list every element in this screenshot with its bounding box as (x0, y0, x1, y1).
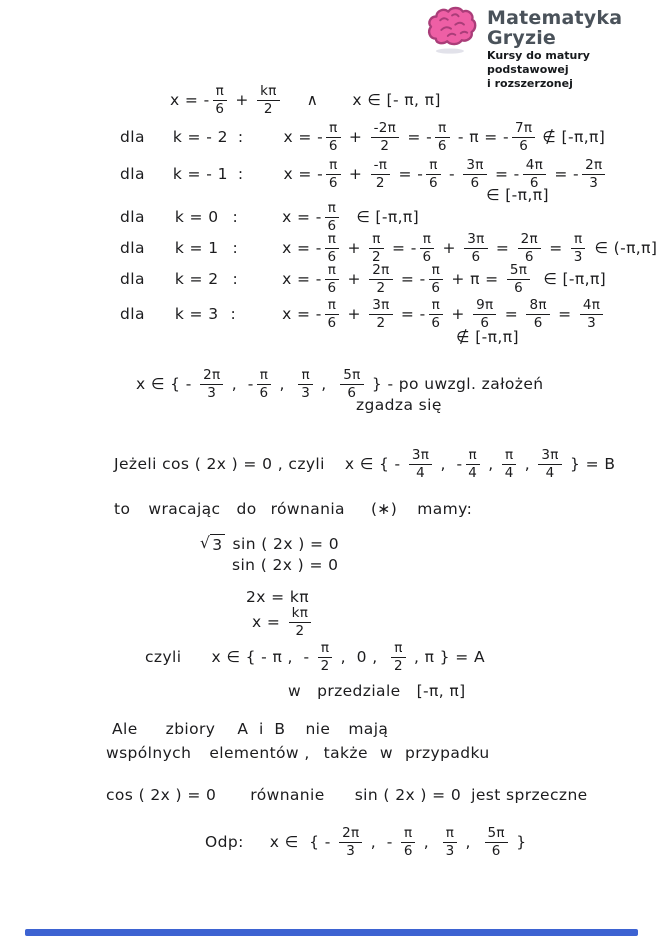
case-k-minus-2: dlak = - 2:x = -π6 + -2π2 = -π6 - π = -7… (120, 121, 605, 154)
math-text: = (544, 239, 568, 257)
fraction: 3π4 (538, 448, 561, 481)
fraction: π6 (257, 368, 271, 401)
math-text: x = - (170, 91, 210, 109)
math-text: + (344, 128, 368, 146)
footer-accent-bar (25, 929, 638, 936)
math-text: k = - 2 (173, 128, 228, 146)
fraction: -π2 (371, 158, 391, 191)
math-text: ∈ [-π,π] (543, 270, 606, 288)
math-text: k = 2 (175, 270, 219, 288)
math-text: , π } = A (409, 648, 485, 666)
worksheet-page: Matematyka Gryzie Kursy do matury podsta… (0, 0, 664, 938)
spacer (191, 753, 209, 754)
fraction: 8π6 (526, 298, 549, 331)
math-text: = - (387, 239, 417, 257)
fraction: 5π6 (485, 826, 508, 859)
math-text: ∉ [-π,π] (456, 328, 519, 346)
fraction: π6 (429, 263, 443, 296)
math-text: x = - (283, 165, 323, 183)
math-text: x ∈ (136, 375, 170, 393)
math-text: wspólnych (106, 744, 191, 762)
case-k-minus-1-note: ∈ [-π,π] (486, 186, 549, 204)
math-text: w (380, 744, 393, 762)
case-k-0: dlak = 0:x = -π6∈ [-π,π] (120, 201, 419, 234)
conclusion-line-2: wspólnychelementów ,takżewprzypadku (106, 744, 490, 762)
fraction: 7π6 (512, 121, 535, 154)
spacer (215, 729, 237, 730)
fraction: kπ2 (257, 84, 280, 117)
math-text: x ∈ { - π , - (211, 648, 314, 666)
spacer (145, 174, 173, 175)
math-text: x = - (282, 270, 322, 288)
cos-case-intro: Jeżeli cos ( 2x ) = 0 , czylix ∈ { - 3π4… (114, 448, 615, 481)
math-text: , (316, 375, 337, 393)
given-equation: x = -π6 + kπ2∧x ∈ [- π, π] (170, 84, 441, 117)
fraction: π6 (426, 158, 440, 191)
math-text: = (491, 239, 515, 257)
fraction: π3 (443, 826, 457, 859)
spacer (325, 795, 355, 796)
spacer (401, 691, 417, 692)
fraction: π6 (213, 84, 227, 117)
spacer (342, 217, 356, 218)
math-text: , - (226, 375, 253, 393)
spacer (238, 279, 282, 280)
spacer (145, 217, 175, 218)
spacer (257, 509, 271, 510)
fraction: π2 (318, 641, 332, 674)
math-text: + (446, 305, 470, 323)
math-text: = (499, 305, 523, 323)
math-text: x ∈ { - (270, 833, 336, 851)
math-text: nie (305, 720, 330, 738)
conclusion-line-1: AlezbioryA i Bniemają (112, 720, 388, 738)
spacer (368, 753, 380, 754)
math-text: dla (120, 305, 145, 323)
fraction: π6 (420, 232, 434, 265)
case-k-3-note: ∉ [-π,π] (456, 328, 519, 346)
math-text: - (444, 165, 461, 183)
spacer (243, 137, 283, 138)
fraction: kπ2 (289, 606, 312, 639)
math-text: + π = (446, 270, 504, 288)
math-text: k = - 1 (173, 165, 228, 183)
math-text: } (367, 375, 383, 393)
math-text: = - (402, 128, 432, 146)
math-text: , 0 , (335, 648, 388, 666)
math-text: dla (120, 239, 145, 257)
math-text: x = - (282, 305, 322, 323)
math-text: ∧ (307, 91, 319, 109)
math-text: - π = - (453, 128, 509, 146)
math-text: = - (549, 165, 579, 183)
math-text: , (519, 455, 535, 473)
math-text: = - (396, 270, 426, 288)
math-text: + (230, 91, 254, 109)
math-text: równania (271, 500, 345, 518)
fraction: π6 (326, 121, 340, 154)
spacer (285, 729, 305, 730)
math-text: k = 0 (175, 208, 219, 226)
spacer (325, 464, 345, 465)
spacer (236, 314, 282, 315)
fraction: π6 (325, 263, 339, 296)
fraction: π2 (369, 232, 383, 265)
math-text: } = B (565, 455, 616, 473)
spacer (219, 217, 233, 218)
solution-set-note: zgadza się (356, 396, 442, 414)
math-text: + (342, 305, 366, 323)
math-text: x = - (283, 128, 323, 146)
math-text: sin ( 2x ) = 0 (355, 786, 461, 804)
math-text: , - (365, 833, 398, 851)
case-k-3: dlak = 3:x = -π6 + 3π2 = -π6 + 9π6 = 8π6… (120, 298, 606, 331)
fraction: 2π3 (339, 826, 362, 859)
math-text: , (274, 375, 295, 393)
fraction: 3π6 (464, 232, 487, 265)
interval-note: wprzedziale[-π, π] (288, 682, 466, 700)
square-root: √3 (200, 534, 225, 554)
math-text: (∗) (371, 500, 397, 518)
fraction: π6 (429, 298, 443, 331)
spacer (330, 729, 348, 730)
math-text: zgadza się (356, 396, 442, 414)
fraction: 9π6 (473, 298, 496, 331)
x-solution: x = kπ2 (252, 606, 314, 639)
spacer (225, 544, 233, 545)
spacer (397, 509, 417, 510)
math-text: x = - (282, 239, 322, 257)
math-text: [-π, π] (417, 682, 466, 700)
math-text: przedziale (317, 682, 401, 700)
set-A: czylix ∈ { - π , - π2 , 0 , π2 , π } = A (145, 641, 485, 674)
math-text: to (114, 500, 130, 518)
math-text: elementów , (209, 744, 309, 762)
solution-set: x ∈ { - 2π3 , -π6 , π3 , 5π6 } - po uwzg… (136, 368, 543, 401)
spacer (533, 279, 543, 280)
spacer (345, 509, 371, 510)
math-text: przypadku (405, 744, 490, 762)
answer: Odp:x ∈ { - 2π3 , - π6 , π3 , 5π6 } (205, 826, 526, 859)
math-text: wracając (148, 500, 220, 518)
case-k-2: dlak = 2:x = -π6 + 2π2 = -π6 + π = 5π6∈ … (120, 263, 606, 296)
math-text: , (418, 833, 439, 851)
math-text: } (511, 833, 527, 851)
math-text: zbiory (166, 720, 216, 738)
two-x-solution: 2x = kπ (246, 588, 309, 606)
math-text: czyli (145, 648, 181, 666)
math-text: + (342, 239, 366, 257)
fraction: 3π4 (409, 448, 432, 481)
math-text: 2x = kπ (246, 588, 309, 606)
math-text: w (288, 682, 301, 700)
math-text: dla (120, 208, 145, 226)
spacer (219, 279, 233, 280)
spacer (219, 314, 231, 315)
math-text: cos ( 2x ) = 0 (106, 786, 216, 804)
fraction: π3 (571, 232, 585, 265)
math-text: równanie (250, 786, 324, 804)
spacer (145, 314, 175, 315)
fraction: -2π2 (371, 121, 400, 154)
spacer (393, 753, 405, 754)
math-text: Odp: (205, 833, 244, 851)
case-k-1: dlak = 1:x = -π6 + π2 = -π6 + 3π6 = 2π6 … (120, 232, 657, 265)
fraction: π4 (502, 448, 516, 481)
math-text: , (460, 833, 481, 851)
spacer (145, 248, 175, 249)
spacer (243, 174, 283, 175)
spacer (238, 217, 282, 218)
sin-equation: sin ( 2x ) = 0 (232, 556, 338, 574)
spacer (219, 248, 233, 249)
fraction: 2π6 (518, 232, 541, 265)
math-text: { (170, 375, 180, 393)
fraction: π6 (435, 121, 449, 154)
spacer (283, 100, 307, 101)
spacer (138, 729, 166, 730)
math-text: dla (120, 270, 145, 288)
math-text: dla (120, 128, 145, 146)
math-text: ∈ [-π,π] (356, 208, 419, 226)
math-text: = - (396, 305, 426, 323)
fraction: 2π2 (369, 263, 392, 296)
fraction: 2π3 (200, 368, 223, 401)
sqrt3-sin-equation: √3sin ( 2x ) = 0 (200, 534, 339, 554)
fraction: π6 (325, 201, 339, 234)
math-text: A i B (237, 720, 285, 738)
fraction: π6 (325, 298, 339, 331)
fraction: π4 (466, 448, 480, 481)
fraction: π2 (391, 641, 405, 674)
math-text: mamy: (417, 500, 472, 518)
math-text: Jeżeli cos ( 2x ) = 0 , czyli (114, 455, 325, 473)
spacer (310, 753, 324, 754)
math-text: ∉ [-π,π] (542, 128, 605, 146)
math-text: = (553, 305, 577, 323)
math-text: k = 1 (175, 239, 219, 257)
spacer (461, 795, 471, 796)
spacer (228, 174, 238, 175)
math-text: + (437, 239, 461, 257)
spacer (228, 137, 238, 138)
math-text: dla (120, 165, 145, 183)
spacer (130, 509, 148, 510)
math-text: - po uwzgl. założeń (382, 375, 543, 393)
spacer (301, 691, 317, 692)
fraction: π6 (326, 158, 340, 191)
fraction: π6 (401, 826, 415, 859)
math-text: + (342, 270, 366, 288)
math-text: , - (435, 455, 462, 473)
spacer (216, 795, 250, 796)
fraction: 3π6 (463, 158, 486, 191)
fraction: 3π2 (369, 298, 392, 331)
spacer (244, 842, 270, 843)
math-text: sin ( 2x ) = 0 (232, 556, 338, 574)
fraction: 2π3 (582, 158, 605, 191)
math-text: , (483, 455, 499, 473)
math-text: ∈ [-π,π] (486, 186, 549, 204)
fraction: 5π6 (507, 263, 530, 296)
fraction: π3 (298, 368, 312, 401)
math-text: Ale (112, 720, 138, 738)
spacer (318, 100, 352, 101)
math-text: jest sprzeczne (471, 786, 588, 804)
math-text: - (180, 375, 197, 393)
math-text: = - (393, 165, 423, 183)
handwritten-math-content: x = -π6 + kπ2∧x ∈ [- π, π]dlak = - 2:x =… (0, 0, 664, 938)
fraction: 4π3 (580, 298, 603, 331)
spacer (145, 137, 173, 138)
fraction: π6 (325, 232, 339, 265)
math-text: mają (348, 720, 388, 738)
math-text: x ∈ { - (345, 455, 406, 473)
math-text: ∈ (-π,π] (594, 239, 657, 257)
math-text: x = - (282, 208, 322, 226)
math-text: sin ( 2x ) = 0 (233, 535, 339, 553)
math-text: = - (490, 165, 520, 183)
math-text: także (324, 744, 368, 762)
math-text: do (236, 500, 256, 518)
math-text: x = (252, 613, 286, 631)
spacer (238, 248, 282, 249)
spacer (181, 657, 211, 658)
conclusion-line-3: cos ( 2x ) = 0równaniesin ( 2x ) = 0jest… (106, 786, 588, 804)
math-text: k = 3 (175, 305, 219, 323)
math-text: + (344, 165, 368, 183)
math-text: x ∈ [- π, π] (352, 91, 440, 109)
spacer (220, 509, 236, 510)
back-to-equation: towracającdorównania(∗)mamy: (114, 500, 472, 518)
spacer (145, 279, 175, 280)
